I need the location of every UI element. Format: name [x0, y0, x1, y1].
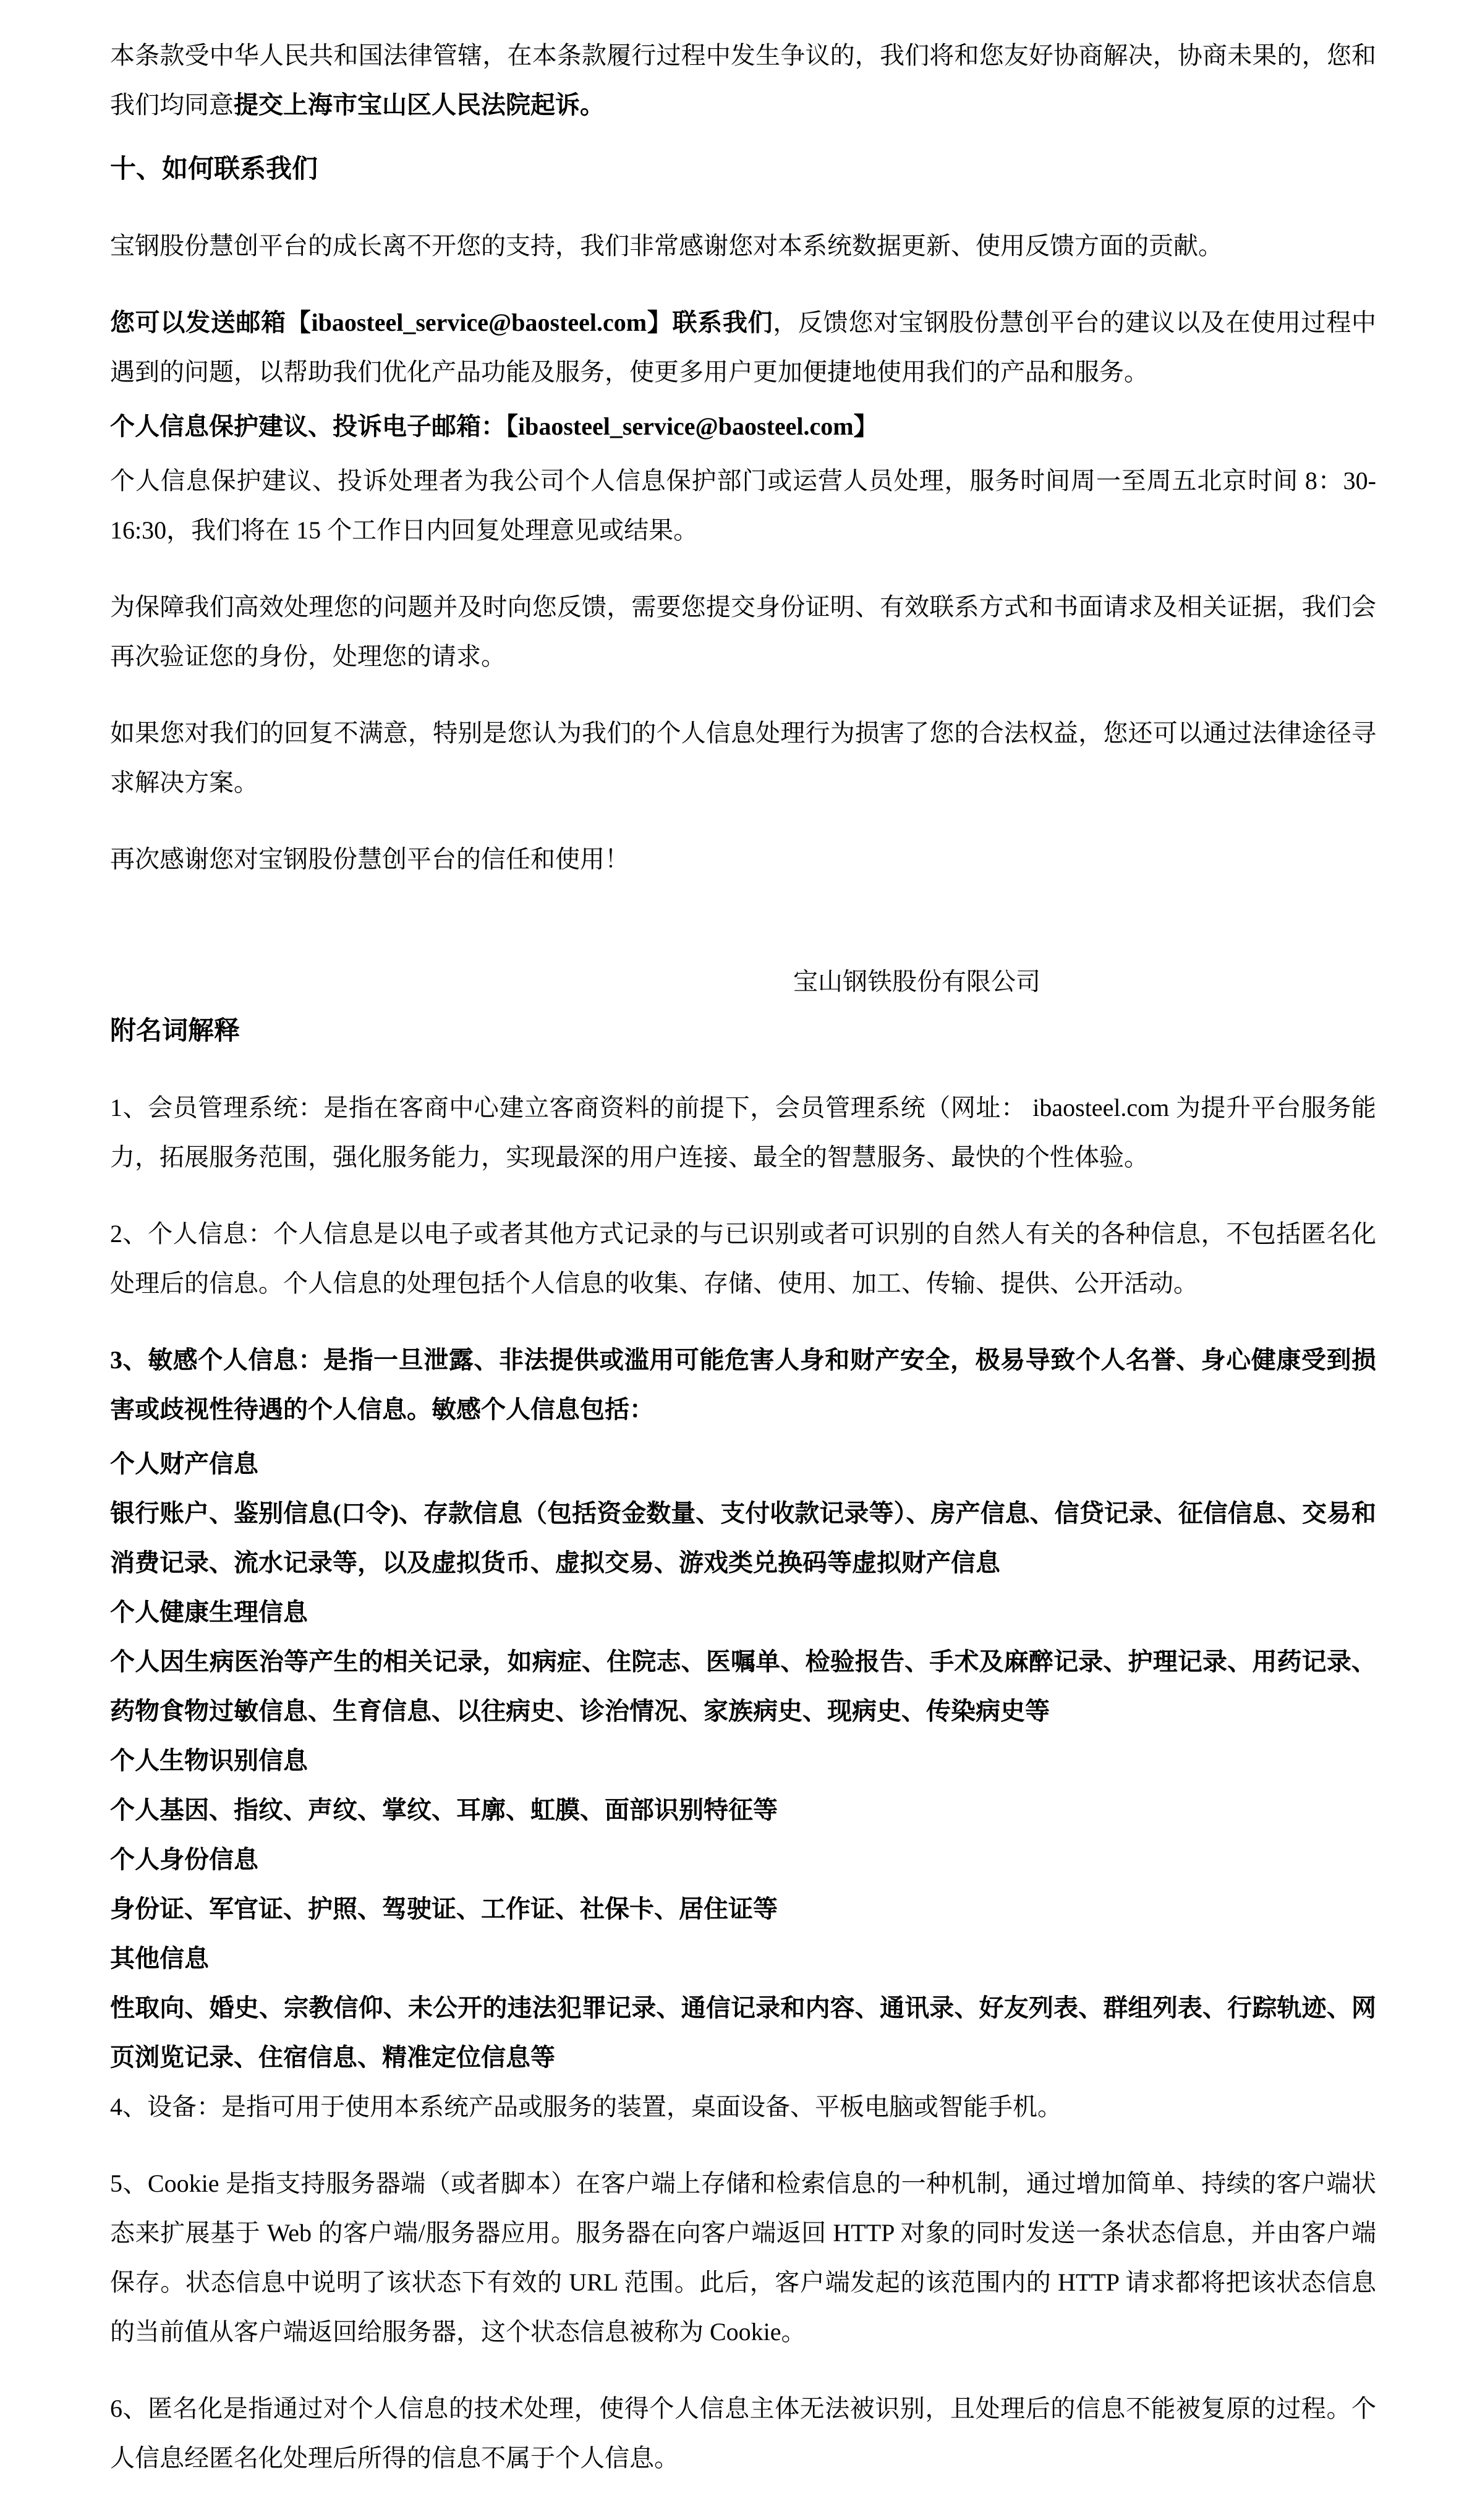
text-run: 宝山钢铁股份有限公司: [793, 968, 1040, 995]
paragraph-identity-verification: 为保障我们高效处理您的问题并及时向您反馈，需要您提交身份证明、有效联系方式和书面…: [110, 582, 1376, 681]
paragraph-complaint-email: 个人信息保护建议、投诉电子邮箱：【ibaosteel_service@baost…: [110, 402, 1376, 451]
glossary-item-3-sensitive-info: 3、敏感个人信息：是指一旦泄露、非法提供或滥用可能危害人身和财产安全，极易导致个…: [110, 1335, 1376, 1434]
sensitive-category-identity-title: 个人身份信息: [110, 1835, 1376, 1884]
bold-text-run: 附名词解释: [110, 1017, 240, 1045]
bold-text-run: 个人健康生理信息: [110, 1598, 308, 1626]
sensitive-category-property-title: 个人财产信息: [110, 1439, 1376, 1489]
bold-text-run: 个人因生病医治等产生的相关记录，如病症、住院志、医嘱单、检验报告、手术及麻醉记录…: [110, 1648, 1376, 1725]
text-run: 1、会员管理系统：是指在客商中心建立客商资料的前提下，会员管理系统（网址： ib…: [110, 1094, 1376, 1171]
paragraph-complaint-handling: 个人信息保护建议、投诉处理者为我公司个人信息保护部门或运营人员处理，服务时间周一…: [110, 456, 1376, 555]
text-run: 5、Cookie 是指支持服务器端（或者脚本）在客户端上存储和检索信息的一种机制…: [110, 2169, 1376, 2346]
text-run: 为保障我们高效处理您的问题并及时向您反馈，需要您提交身份证明、有效联系方式和书面…: [110, 593, 1376, 670]
paragraph-legal-recourse: 如果您对我们的回复不满意，特别是您认为我们的个人信息处理行为损害了您的合法权益，…: [110, 709, 1376, 807]
text-run: 再次感谢您对宝钢股份慧创平台的信任和使用！: [110, 845, 629, 873]
sensitive-category-biometric-title: 个人生物识别信息: [110, 1736, 1376, 1786]
bold-text-run: 个人财产信息: [110, 1450, 258, 1478]
sensitive-category-health-items: 个人因生病医治等产生的相关记录，如病症、住院志、医嘱单、检验报告、手术及麻醉记录…: [110, 1637, 1376, 1736]
sensitive-category-identity-items: 身份证、军官证、护照、驾驶证、工作证、社保卡、居住证等: [110, 1884, 1376, 1934]
bold-text-run: 十、如何联系我们: [110, 155, 318, 184]
sensitive-category-other-items: 性取向、婚史、宗教信仰、未公开的违法犯罪记录、通信记录和内容、通讯录、好友列表、…: [110, 1983, 1376, 2082]
bold-text-run: 提交上海市宝山区人民法院起诉。: [234, 91, 605, 119]
bold-text-run: 身份证、军官证、护照、驾驶证、工作证、社保卡、居住证等: [110, 1895, 778, 1923]
glossary-item-5-cookie: 5、Cookie 是指支持服务器端（或者脚本）在客户端上存储和检索信息的一种机制…: [110, 2159, 1376, 2357]
text-run: 个人信息保护建议、投诉处理者为我公司个人信息保护部门或运营人员处理，服务时间周一…: [110, 467, 1376, 544]
heading-section-ten: 十、如何联系我们: [110, 145, 1376, 194]
text-run: 2、个人信息：个人信息是以电子或者其他方式记录的与已识别或者可识别的自然人有关的…: [110, 1220, 1376, 1297]
text-run: 宝钢股份慧创平台的成长离不开您的支持，我们非常感谢您对本系统数据更新、使用反馈方…: [110, 232, 1223, 260]
document-body: 本条款受中华人民共和国法律管辖，在本条款履行过程中发生争议的，我们将和您友好协商…: [110, 31, 1376, 2483]
paragraph-thanks-support: 宝钢股份慧创平台的成长离不开您的支持，我们非常感谢您对本系统数据更新、使用反馈方…: [110, 221, 1376, 271]
sensitive-category-other-title: 其他信息: [110, 1934, 1376, 1983]
glossary-item-1-membership-system: 1、会员管理系统：是指在客商中心建立客商资料的前提下，会员管理系统（网址： ib…: [110, 1083, 1376, 1182]
paragraph-thanks-trust: 再次感谢您对宝钢股份慧创平台的信任和使用！: [110, 835, 1376, 884]
company-signature: 宝山钢铁股份有限公司: [793, 957, 1376, 1007]
bold-text-run: 个人基因、指纹、声纹、掌纹、耳廓、虹膜、面部识别特征等: [110, 1796, 778, 1824]
paragraph-jurisdiction: 本条款受中华人民共和国法律管辖，在本条款履行过程中发生争议的，我们将和您友好协商…: [110, 31, 1376, 130]
glossary-item-4-device: 4、设备：是指可用于使用本系统产品或服务的装置，桌面设备、平板电脑或智能手机。: [110, 2082, 1376, 2132]
bold-text-run: 您可以发送邮箱【ibaosteel_service@baosteel.com】联…: [110, 309, 773, 336]
bold-text-run: 性取向、婚史、宗教信仰、未公开的违法犯罪记录、通信记录和内容、通讯录、好友列表、…: [110, 1994, 1376, 2071]
bold-text-run: 3、敏感个人信息：是指一旦泄露、非法提供或滥用可能危害人身和财产安全，极易导致个…: [110, 1346, 1376, 1423]
glossary-item-6-anonymization: 6、匿名化是指通过对个人信息的技术处理，使得个人信息主体无法被识别，且处理后的信…: [110, 2384, 1376, 2483]
sensitive-category-property-items: 银行账户、鉴别信息(口令)、存款信息（包括资金数量、支付收款记录等）、房产信息、…: [110, 1489, 1376, 1588]
bold-text-run: 个人信息保护建议、投诉电子邮箱：【ibaosteel_service@baost…: [110, 412, 879, 440]
bold-text-run: 银行账户、鉴别信息(口令)、存款信息（包括资金数量、支付收款记录等）、房产信息、…: [110, 1499, 1376, 1577]
document-page: 本条款受中华人民共和国法律管辖，在本条款履行过程中发生争议的，我们将和您友好协商…: [0, 0, 1472, 2520]
heading-glossary: 附名词解释: [110, 1007, 1376, 1056]
paragraph-contact-email: 您可以发送邮箱【ibaosteel_service@baosteel.com】联…: [110, 298, 1376, 397]
glossary-item-2-personal-info: 2、个人信息：个人信息是以电子或者其他方式记录的与已识别或者可识别的自然人有关的…: [110, 1209, 1376, 1308]
text-run: 6、匿名化是指通过对个人信息的技术处理，使得个人信息主体无法被识别，且处理后的信…: [110, 2394, 1376, 2472]
sensitive-category-health-title: 个人健康生理信息: [110, 1588, 1376, 1637]
bold-text-run: 其他信息: [110, 1944, 209, 1972]
bold-text-run: 个人生物识别信息: [110, 1747, 308, 1774]
sensitive-category-biometric-items: 个人基因、指纹、声纹、掌纹、耳廓、虹膜、面部识别特征等: [110, 1786, 1376, 1835]
text-run: 如果您对我们的回复不满意，特别是您认为我们的个人信息处理行为损害了您的合法权益，…: [110, 719, 1376, 796]
bold-text-run: 个人身份信息: [110, 1845, 258, 1873]
text-run: 4、设备：是指可用于使用本系统产品或服务的装置，桌面设备、平板电脑或智能手机。: [110, 2093, 1062, 2121]
